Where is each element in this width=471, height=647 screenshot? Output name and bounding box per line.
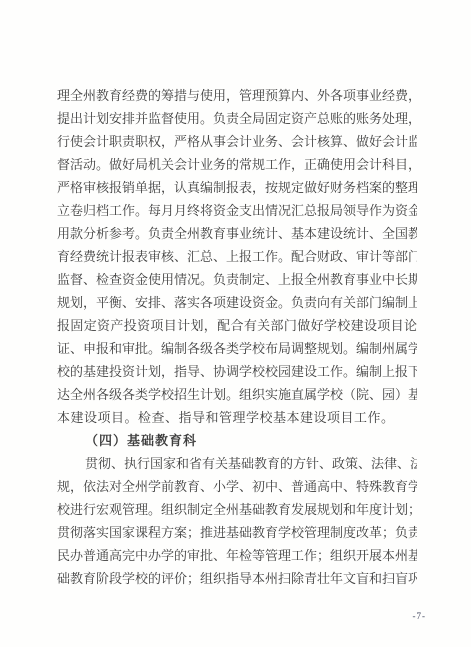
text-line: 校进行宏观管理。组织制定全州基础教育发展规划和年度计划；	[57, 498, 417, 521]
text-line: 用款分析参考。负责全州教育事业统计、基本建设统计、全国教	[57, 222, 417, 245]
section-heading: （四）基础教育科	[57, 429, 417, 452]
page-number: -7-	[413, 610, 427, 622]
text-line: 民办普通高完中办学的审批、年检等管理工作；组织开展本州基	[57, 544, 417, 567]
text-line: 校的基建投资计划，指导、协调学校校园建设工作。编制上报下	[57, 360, 417, 383]
document-page: 理全州教育经费的筹措与使用，管理预算内、外各项事业经费， 提出计划安排并监督使用…	[0, 0, 471, 647]
text-line: 行使会计职责职权，严格从事会计业务、会计核算、做好会计监	[57, 130, 417, 153]
text-line: 本建设项目。检查、指导和管理学校基本建设项目工作。	[57, 406, 417, 429]
text-line: 报固定资产投资项目计划，配合有关部门做好学校建设项目论	[57, 314, 417, 337]
text-line: 贯彻落实国家课程方案；推进基础教育学校管理制度改革；负责	[57, 521, 417, 544]
text-line: 育经费统计报表审核、汇总、上报工作。配合财政、审计等部门	[57, 245, 417, 268]
text-line: 严格审核报销单据，认真编制报表，按规定做好财务档案的整理	[57, 176, 417, 199]
text-line: 提出计划安排并监督使用。负责全局固定资产总账的账务处理，	[57, 107, 417, 130]
text-line: 规，依法对全州学前教育、小学、初中、普通高中、特殊教育学	[57, 475, 417, 498]
text-line: 监督、检查资金使用情况。负责制定、上报全州教育事业中长期	[57, 268, 417, 291]
text-line: 证、申报和审批。编制各级各类学校布局调整规划。编制州属学	[57, 337, 417, 360]
text-line: 督活动。做好局机关会计业务的常规工作，正确使用会计科目，	[57, 153, 417, 176]
text-line: 规划，平衡、安排、落实各项建设资金。负责向有关部门编制上	[57, 291, 417, 314]
text-block: 理全州教育经费的筹措与使用，管理预算内、外各项事业经费， 提出计划安排并监督使用…	[57, 84, 417, 590]
text-line: 理全州教育经费的筹措与使用，管理预算内、外各项事业经费，	[57, 84, 417, 107]
text-line: 础教育阶段学校的评价；组织指导本州扫除青壮年文盲和扫盲巩	[57, 567, 417, 590]
text-line: 立卷归档工作。每月月终将资金支出情况汇总报局领导作为资金	[57, 199, 417, 222]
text-line: 达全州各级各类学校招生计划。组织实施直属学校（院、园）基	[57, 383, 417, 406]
text-line: 贯彻、执行国家和省有关基础教育的方针、政策、法律、法	[57, 452, 417, 475]
